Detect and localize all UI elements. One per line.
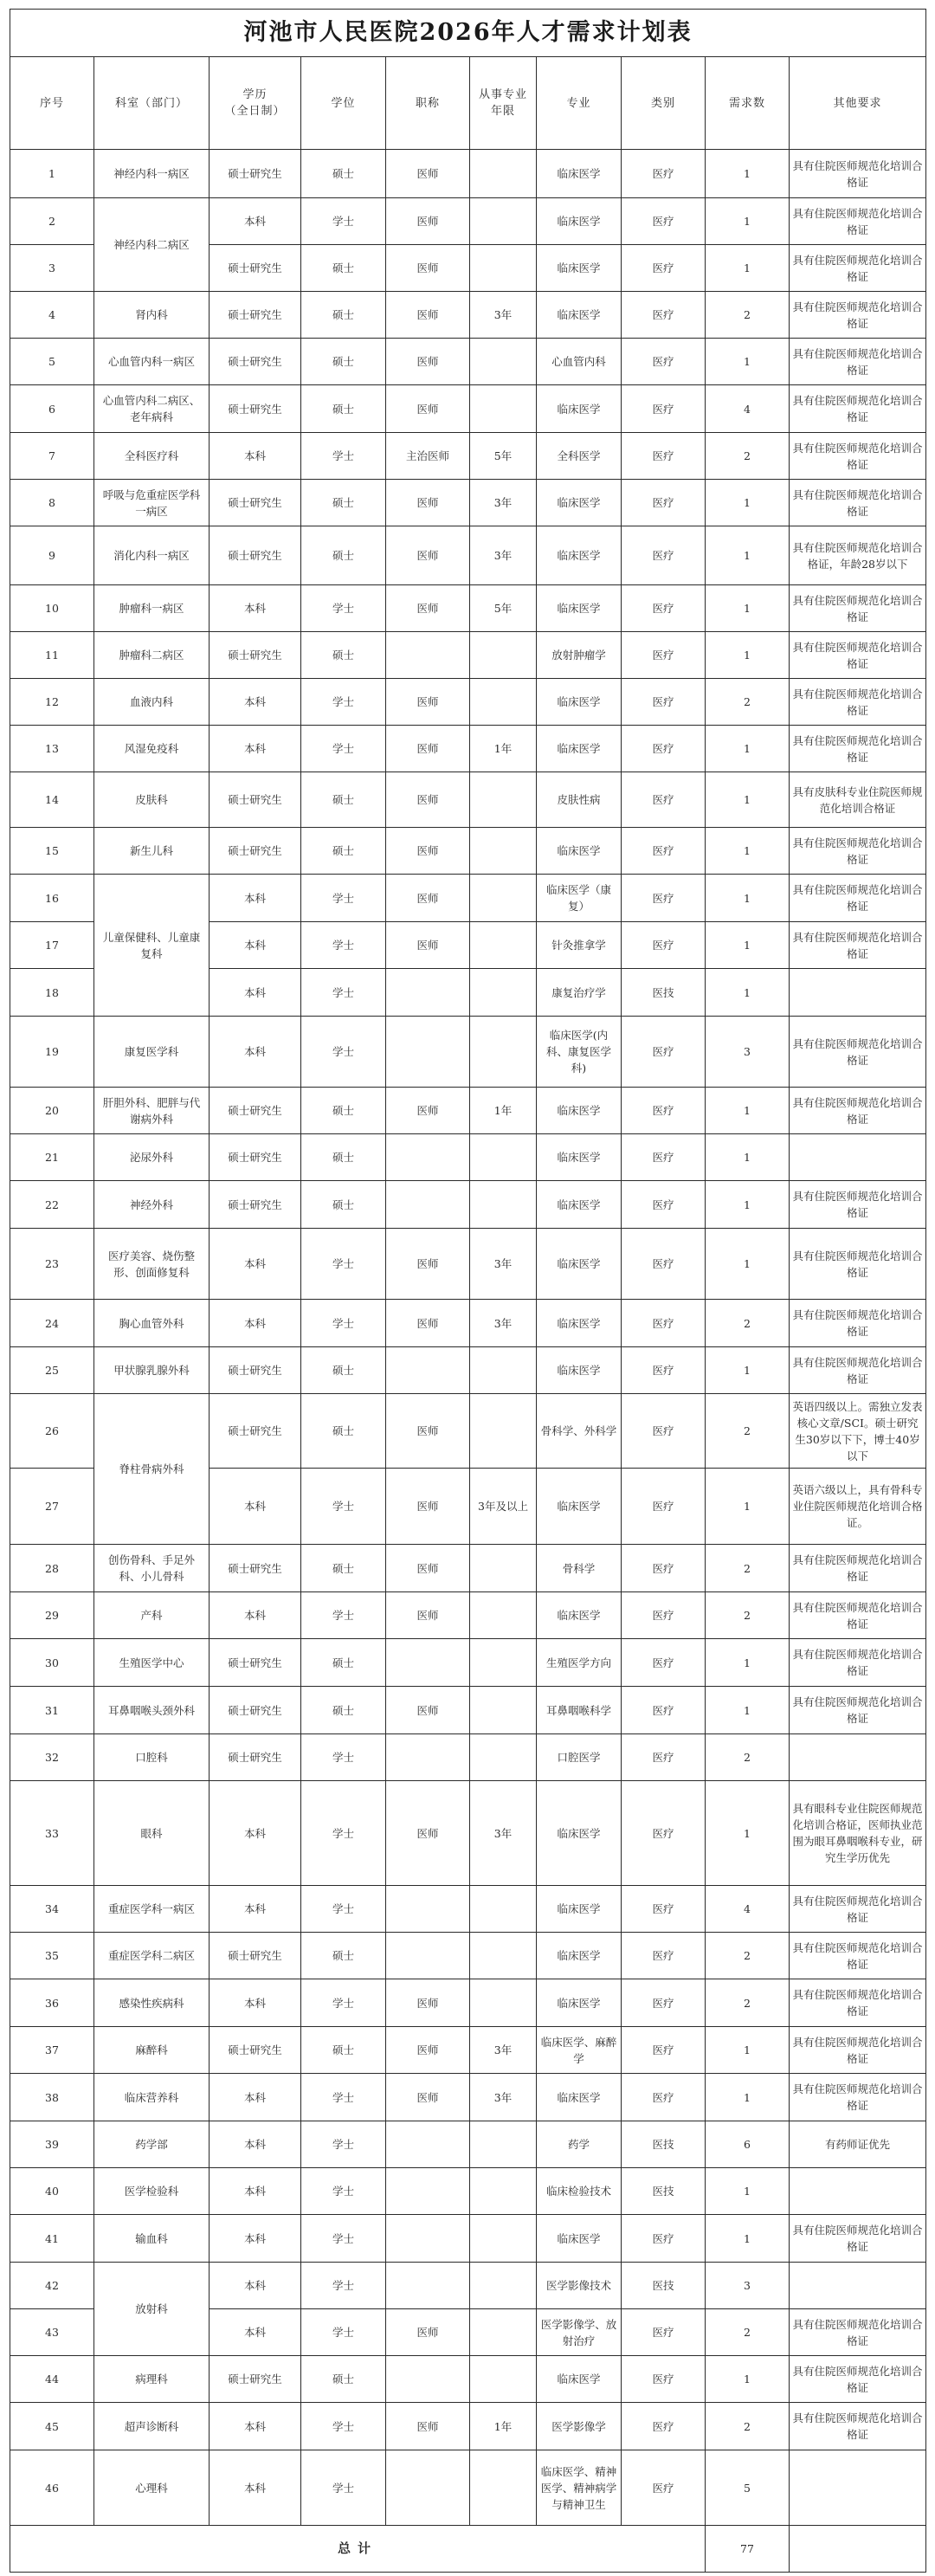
cell-professional-title: 医师 <box>386 1394 470 1469</box>
table-row: 34重症医学科一病区本科学士临床医学医疗4具有住院医师规范化培训合格证 <box>10 1886 926 1933</box>
cell-other-requirements <box>790 2450 926 2526</box>
cell-other-requirements: 具有住院医师规范化培训合格证 <box>790 632 926 679</box>
cell-demand-count: 6 <box>706 2121 790 2168</box>
cell-row-number: 33 <box>10 1781 94 1886</box>
cell-years-experience <box>470 1017 537 1088</box>
cell-demand-count: 2 <box>706 1592 790 1639</box>
cell-major: 临床医学 <box>537 526 622 585</box>
cell-other-requirements: 具有住院医师规范化培训合格证 <box>790 2074 926 2121</box>
table-row: 7全科医疗科本科学士主治医师5年全科医学医疗2具有住院医师规范化培训合格证 <box>10 433 926 480</box>
cell-other-requirements: 有药师证优先 <box>790 2121 926 2168</box>
cell-degree: 学士 <box>301 198 386 245</box>
cell-other-requirements: 具有住院医师规范化培训合格证 <box>790 1347 926 1394</box>
header-degree: 学位 <box>301 57 386 150</box>
cell-row-number: 14 <box>10 772 94 828</box>
cell-major: 临床医学 <box>537 828 622 875</box>
cell-row-number: 7 <box>10 433 94 480</box>
cell-degree: 学士 <box>301 2168 386 2215</box>
table-row: 10肿瘤科一病区本科学士医师5年临床医学医疗1具有住院医师规范化培训合格证 <box>10 585 926 632</box>
cell-years-experience <box>470 2121 537 2168</box>
cell-professional-title: 医师 <box>386 875 470 922</box>
cell-row-number: 43 <box>10 2309 94 2356</box>
cell-major: 临床检验技术 <box>537 2168 622 2215</box>
cell-years-experience: 3年 <box>470 1781 537 1886</box>
cell-category: 医疗 <box>622 1134 706 1181</box>
cell-demand-count: 2 <box>706 1734 790 1781</box>
cell-row-number: 1 <box>10 150 94 198</box>
cell-other-requirements <box>790 1134 926 1181</box>
cell-years-experience: 5年 <box>470 585 537 632</box>
cell-category: 医疗 <box>622 679 706 726</box>
cell-years-experience <box>470 679 537 726</box>
cell-other-requirements: 具有住院医师规范化培训合格证 <box>790 245 926 292</box>
cell-years-experience <box>470 2263 537 2309</box>
cell-demand-count: 3 <box>706 2263 790 2309</box>
cell-demand-count: 1 <box>706 2168 790 2215</box>
cell-other-requirements: 具有住院医师规范化培训合格证 <box>790 1545 926 1592</box>
cell-other-requirements: 具有住院医师规范化培训合格证 <box>790 1017 926 1088</box>
cell-years-experience <box>470 1347 537 1394</box>
cell-education: 硕士研究生 <box>210 1687 301 1734</box>
cell-department: 儿童保健科、儿童康复科 <box>94 875 210 1017</box>
cell-category: 医疗 <box>622 1088 706 1134</box>
cell-department: 临床营养科 <box>94 2074 210 2121</box>
cell-demand-count: 1 <box>706 245 790 292</box>
cell-department: 产科 <box>94 1592 210 1639</box>
cell-demand-count: 2 <box>706 1300 790 1347</box>
cell-degree: 硕士 <box>301 2027 386 2074</box>
cell-category: 医疗 <box>622 1469 706 1545</box>
cell-other-requirements <box>790 2168 926 2215</box>
cell-professional-title: 医师 <box>386 1781 470 1886</box>
header-no: 序号 <box>10 57 94 150</box>
cell-major: 临床医学 <box>537 1592 622 1639</box>
cell-other-requirements: 具有住院医师规范化培训合格证 <box>790 150 926 198</box>
cell-row-number: 37 <box>10 2027 94 2074</box>
cell-department: 医疗美容、烧伤整形、创面修复科 <box>94 1229 210 1300</box>
cell-education: 本科 <box>210 198 301 245</box>
cell-professional-title: 医师 <box>386 1088 470 1134</box>
table-row: 19康复医学科本科学士临床医学(内科、康复医学科)医疗3具有住院医师规范化培训合… <box>10 1017 926 1088</box>
cell-degree: 学士 <box>301 1229 386 1300</box>
table-row: 31耳鼻咽喉头颈外科硕士研究生硕士医师耳鼻咽喉科学医疗1具有住院医师规范化培训合… <box>10 1687 926 1734</box>
cell-degree: 硕士 <box>301 245 386 292</box>
cell-professional-title: 医师 <box>386 679 470 726</box>
cell-degree: 学士 <box>301 922 386 969</box>
cell-major: 临床医学 <box>537 1979 622 2027</box>
header-count: 需求数 <box>706 57 790 150</box>
table-row: 16儿童保健科、儿童康复科本科学士医师临床医学（康复）医疗1具有住院医师规范化培… <box>10 875 926 922</box>
cell-category: 医疗 <box>622 526 706 585</box>
header-department: 科室（部门） <box>94 57 210 150</box>
cell-department: 创伤骨科、手足外科、小儿骨科 <box>94 1545 210 1592</box>
cell-row-number: 3 <box>10 245 94 292</box>
cell-demand-count: 1 <box>706 1134 790 1181</box>
cell-degree: 学士 <box>301 2309 386 2356</box>
cell-degree: 硕士 <box>301 1134 386 1181</box>
cell-degree: 学士 <box>301 433 386 480</box>
cell-row-number: 40 <box>10 2168 94 2215</box>
cell-major: 临床医学 <box>537 726 622 772</box>
cell-years-experience <box>470 1687 537 1734</box>
cell-professional-title <box>386 1017 470 1088</box>
cell-major: 临床医学 <box>537 150 622 198</box>
cell-major: 临床医学 <box>537 1781 622 1886</box>
cell-other-requirements: 具有住院医师规范化培训合格证 <box>790 292 926 339</box>
table-row: 2神经内科二病区本科学士医师临床医学医疗1具有住院医师规范化培训合格证 <box>10 198 926 245</box>
cell-department: 全科医疗科 <box>94 433 210 480</box>
table-row: 28创伤骨科、手足外科、小儿骨科硕士研究生硕士医师骨科学医疗2具有住院医师规范化… <box>10 1545 926 1592</box>
cell-degree: 学士 <box>301 1734 386 1781</box>
table-row: 35重症医学科二病区硕士研究生硕士临床医学医疗2具有住院医师规范化培训合格证 <box>10 1933 926 1979</box>
table-row: 42放射科本科学士医学影像技术医技3 <box>10 2263 926 2309</box>
cell-degree: 学士 <box>301 1886 386 1933</box>
cell-education: 硕士研究生 <box>210 480 301 526</box>
table-row: 9消化内科一病区硕士研究生硕士医师3年临床医学医疗1具有住院医师规范化培训合格证… <box>10 526 926 585</box>
cell-education: 硕士研究生 <box>210 339 301 385</box>
table-title: 河池市人民医院2026年人才需求计划表 <box>10 10 926 57</box>
cell-row-number: 10 <box>10 585 94 632</box>
cell-years-experience: 3年 <box>470 2027 537 2074</box>
cell-major: 临床医学、精神医学、精神病学与精神卫生 <box>537 2450 622 2526</box>
cell-department: 胸心血管外科 <box>94 1300 210 1347</box>
cell-professional-title <box>386 1639 470 1687</box>
cell-demand-count: 1 <box>706 1181 790 1229</box>
cell-education: 本科 <box>210 2450 301 2526</box>
cell-other-requirements: 具有住院医师规范化培训合格证 <box>790 2403 926 2450</box>
cell-demand-count: 3 <box>706 1017 790 1088</box>
cell-other-requirements: 具有住院医师规范化培训合格证，年龄28岁以下 <box>790 526 926 585</box>
cell-major: 临床医学 <box>537 679 622 726</box>
cell-department: 病理科 <box>94 2356 210 2403</box>
cell-demand-count: 2 <box>706 292 790 339</box>
cell-demand-count: 1 <box>706 526 790 585</box>
cell-demand-count: 1 <box>706 772 790 828</box>
cell-department: 重症医学科二病区 <box>94 1933 210 1979</box>
cell-department: 肿瘤科一病区 <box>94 585 210 632</box>
table-row: 41输血科本科学士临床医学医疗1具有住院医师规范化培训合格证 <box>10 2215 926 2263</box>
cell-demand-count: 4 <box>706 385 790 433</box>
cell-row-number: 36 <box>10 1979 94 2027</box>
cell-other-requirements: 具有住院医师规范化培训合格证 <box>790 585 926 632</box>
cell-degree: 学士 <box>301 679 386 726</box>
cell-department: 消化内科一病区 <box>94 526 210 585</box>
cell-education: 硕士研究生 <box>210 1933 301 1979</box>
cell-years-experience: 3年 <box>470 480 537 526</box>
cell-other-requirements: 具有住院医师规范化培训合格证 <box>790 726 926 772</box>
cell-years-experience <box>470 1545 537 1592</box>
cell-department: 口腔科 <box>94 1734 210 1781</box>
cell-demand-count: 1 <box>706 875 790 922</box>
cell-demand-count: 1 <box>706 1469 790 1545</box>
cell-degree: 硕士 <box>301 1181 386 1229</box>
cell-education: 本科 <box>210 1886 301 1933</box>
cell-demand-count: 1 <box>706 1347 790 1394</box>
cell-education: 硕士研究生 <box>210 1088 301 1134</box>
cell-demand-count: 1 <box>706 726 790 772</box>
cell-row-number: 13 <box>10 726 94 772</box>
cell-degree: 硕士 <box>301 1347 386 1394</box>
cell-major: 临床医学 <box>537 1134 622 1181</box>
cell-demand-count: 1 <box>706 339 790 385</box>
cell-professional-title: 主治医师 <box>386 433 470 480</box>
cell-years-experience: 3年 <box>470 1229 537 1300</box>
cell-category: 医疗 <box>622 2215 706 2263</box>
cell-major: 临床医学 <box>537 2356 622 2403</box>
cell-major: 临床医学、麻醉学 <box>537 2027 622 2074</box>
cell-category: 医疗 <box>622 1687 706 1734</box>
cell-row-number: 29 <box>10 1592 94 1639</box>
cell-row-number: 42 <box>10 2263 94 2309</box>
cell-major: 康复治疗学 <box>537 969 622 1017</box>
cell-department: 皮肤科 <box>94 772 210 828</box>
cell-major: 临床医学 <box>537 480 622 526</box>
cell-degree: 硕士 <box>301 1088 386 1134</box>
cell-education: 本科 <box>210 726 301 772</box>
cell-major: 放射肿瘤学 <box>537 632 622 679</box>
cell-education: 硕士研究生 <box>210 1181 301 1229</box>
cell-demand-count: 4 <box>706 1886 790 1933</box>
cell-demand-count: 1 <box>706 2215 790 2263</box>
cell-category: 医疗 <box>622 433 706 480</box>
cell-row-number: 30 <box>10 1639 94 1687</box>
cell-department: 心血管内科一病区 <box>94 339 210 385</box>
cell-department: 肾内科 <box>94 292 210 339</box>
cell-row-number: 9 <box>10 526 94 585</box>
cell-other-requirements: 具有住院医师规范化培训合格证 <box>790 1088 926 1134</box>
cell-demand-count: 1 <box>706 150 790 198</box>
cell-major: 临床医学 <box>537 1933 622 1979</box>
cell-years-experience <box>470 1592 537 1639</box>
cell-other-requirements: 具有住院医师规范化培训合格证 <box>790 828 926 875</box>
cell-category: 医疗 <box>622 1933 706 1979</box>
cell-years-experience <box>470 150 537 198</box>
cell-years-experience <box>470 385 537 433</box>
cell-department: 神经外科 <box>94 1181 210 1229</box>
cell-education: 硕士研究生 <box>210 1639 301 1687</box>
cell-other-requirements: 英语六级以上，具有骨科专业住院医师规范化培训合格证。 <box>790 1469 926 1545</box>
cell-education: 本科 <box>210 2074 301 2121</box>
cell-degree: 硕士 <box>301 2356 386 2403</box>
cell-major: 临床医学 <box>537 1088 622 1134</box>
cell-department: 甲状腺乳腺外科 <box>94 1347 210 1394</box>
cell-row-number: 5 <box>10 339 94 385</box>
cell-department: 肿瘤科二病区 <box>94 632 210 679</box>
table-row: 14皮肤科硕士研究生硕士医师皮肤性病医疗1具有皮肤科专业住院医师规范化培训合格证 <box>10 772 926 828</box>
cell-row-number: 31 <box>10 1687 94 1734</box>
cell-degree: 学士 <box>301 1017 386 1088</box>
cell-row-number: 26 <box>10 1394 94 1469</box>
cell-major: 医学影像学、放射治疗 <box>537 2309 622 2356</box>
cell-other-requirements: 具有住院医师规范化培训合格证 <box>790 1687 926 1734</box>
cell-professional-title: 医师 <box>386 1469 470 1545</box>
cell-other-requirements: 具有住院医师规范化培训合格证 <box>790 679 926 726</box>
cell-professional-title: 医师 <box>386 2074 470 2121</box>
cell-row-number: 41 <box>10 2215 94 2263</box>
cell-years-experience <box>470 339 537 385</box>
cell-demand-count: 1 <box>706 585 790 632</box>
cell-row-number: 32 <box>10 1734 94 1781</box>
cell-degree: 学士 <box>301 585 386 632</box>
cell-years-experience <box>470 1734 537 1781</box>
table-row: 23医疗美容、烧伤整形、创面修复科本科学士医师3年临床医学医疗1具有住院医师规范… <box>10 1229 926 1300</box>
table-row: 8呼吸与危重症医学科一病区硕士研究生硕士医师3年临床医学医疗1具有住院医师规范化… <box>10 480 926 526</box>
cell-professional-title <box>386 2121 470 2168</box>
table-row: 45超声诊断科本科学士医师1年医学影像学医疗2具有住院医师规范化培训合格证 <box>10 2403 926 2450</box>
cell-years-experience: 3年 <box>470 1300 537 1347</box>
cell-demand-count: 2 <box>706 1394 790 1469</box>
cell-department: 麻醉科 <box>94 2027 210 2074</box>
cell-other-requirements: 具有住院医师规范化培训合格证 <box>790 2027 926 2074</box>
cell-major: 针灸推拿学 <box>537 922 622 969</box>
cell-degree: 学士 <box>301 2450 386 2526</box>
cell-other-requirements: 具有皮肤科专业住院医师规范化培训合格证 <box>790 772 926 828</box>
cell-demand-count: 1 <box>706 922 790 969</box>
cell-row-number: 35 <box>10 1933 94 1979</box>
cell-category: 医疗 <box>622 875 706 922</box>
cell-department: 呼吸与危重症医学科一病区 <box>94 480 210 526</box>
cell-professional-title <box>386 1347 470 1394</box>
table-row: 5心血管内科一病区硕士研究生硕士医师心血管内科医疗1具有住院医师规范化培训合格证 <box>10 339 926 385</box>
cell-education: 本科 <box>210 585 301 632</box>
cell-other-requirements: 具有住院医师规范化培训合格证 <box>790 198 926 245</box>
cell-row-number: 17 <box>10 922 94 969</box>
cell-category: 医疗 <box>622 828 706 875</box>
cell-professional-title: 医师 <box>386 480 470 526</box>
cell-education: 本科 <box>210 433 301 480</box>
cell-years-experience: 5年 <box>470 433 537 480</box>
cell-department: 耳鼻咽喉头颈外科 <box>94 1687 210 1734</box>
table-row: 20肝胆外科、肥胖与代谢病外科硕士研究生硕士医师1年临床医学医疗1具有住院医师规… <box>10 1088 926 1134</box>
cell-major: 临床医学(内科、康复医学科) <box>537 1017 622 1088</box>
cell-professional-title <box>386 2168 470 2215</box>
cell-years-experience <box>470 875 537 922</box>
cell-professional-title: 医师 <box>386 2309 470 2356</box>
cell-years-experience <box>470 198 537 245</box>
cell-category: 医疗 <box>622 1300 706 1347</box>
cell-degree: 硕士 <box>301 1687 386 1734</box>
table-row: 6心血管内科二病区、老年病科硕士研究生硕士医师临床医学医疗4具有住院医师规范化培… <box>10 385 926 433</box>
cell-demand-count: 1 <box>706 1229 790 1300</box>
cell-category: 医技 <box>622 2121 706 2168</box>
cell-demand-count: 1 <box>706 2027 790 2074</box>
cell-professional-title: 医师 <box>386 1229 470 1300</box>
cell-department: 医学检验科 <box>94 2168 210 2215</box>
cell-department: 重症医学科一病区 <box>94 1886 210 1933</box>
cell-years-experience <box>470 245 537 292</box>
table-row: 30生殖医学中心硕士研究生硕士生殖医学方向医疗1具有住院医师规范化培训合格证 <box>10 1639 926 1687</box>
table-row: 12血液内科本科学士医师临床医学医疗2具有住院医师规范化培训合格证 <box>10 679 926 726</box>
cell-major: 临床医学 <box>537 1300 622 1347</box>
cell-category: 医疗 <box>622 339 706 385</box>
cell-years-experience <box>470 2168 537 2215</box>
cell-education: 硕士研究生 <box>210 2356 301 2403</box>
table-row: 13风湿免疫科本科学士医师1年临床医学医疗1具有住院医师规范化培训合格证 <box>10 726 926 772</box>
cell-row-number: 16 <box>10 875 94 922</box>
cell-major: 临床医学（康复） <box>537 875 622 922</box>
cell-row-number: 2 <box>10 198 94 245</box>
cell-professional-title <box>386 1886 470 1933</box>
cell-other-requirements: 具有住院医师规范化培训合格证 <box>790 385 926 433</box>
cell-years-experience <box>470 2309 537 2356</box>
cell-major: 临床医学 <box>537 1347 622 1394</box>
cell-category: 医疗 <box>622 198 706 245</box>
cell-years-experience <box>470 1979 537 2027</box>
cell-education: 硕士研究生 <box>210 526 301 585</box>
cell-education: 本科 <box>210 2309 301 2356</box>
cell-other-requirements: 具有住院医师规范化培训合格证 <box>790 339 926 385</box>
cell-other-requirements: 具有住院医师规范化培训合格证 <box>790 1933 926 1979</box>
cell-years-experience <box>470 828 537 875</box>
cell-category: 医疗 <box>622 1347 706 1394</box>
cell-professional-title: 医师 <box>386 150 470 198</box>
cell-other-requirements <box>790 2263 926 2309</box>
cell-education: 硕士研究生 <box>210 1545 301 1592</box>
cell-major: 药学 <box>537 2121 622 2168</box>
cell-row-number: 46 <box>10 2450 94 2526</box>
cell-category: 医疗 <box>622 1639 706 1687</box>
cell-category: 医疗 <box>622 922 706 969</box>
cell-education: 硕士研究生 <box>210 150 301 198</box>
cell-professional-title <box>386 1181 470 1229</box>
cell-degree: 学士 <box>301 1300 386 1347</box>
cell-demand-count: 2 <box>706 1545 790 1592</box>
cell-degree: 学士 <box>301 2215 386 2263</box>
table-row: 29产科本科学士医师临床医学医疗2具有住院医师规范化培训合格证 <box>10 1592 926 1639</box>
cell-major: 临床医学 <box>537 2215 622 2263</box>
cell-department: 感染性疾病科 <box>94 1979 210 2027</box>
cell-row-number: 27 <box>10 1469 94 1545</box>
cell-category: 医疗 <box>622 1545 706 1592</box>
cell-years-experience <box>470 969 537 1017</box>
table-row: 24胸心血管外科本科学士医师3年临床医学医疗2具有住院医师规范化培训合格证 <box>10 1300 926 1347</box>
cell-major: 临床医学 <box>537 1469 622 1545</box>
cell-education: 本科 <box>210 2121 301 2168</box>
cell-category: 医疗 <box>622 726 706 772</box>
cell-professional-title <box>386 1933 470 1979</box>
cell-degree: 学士 <box>301 1979 386 2027</box>
cell-department: 药学部 <box>94 2121 210 2168</box>
cell-row-number: 23 <box>10 1229 94 1300</box>
cell-other-requirements: 具有住院医师规范化培训合格证 <box>790 1886 926 1933</box>
cell-other-requirements: 具有眼科专业住院医师规范化培训合格证，医师执业范围为眼耳鼻咽喉科专业，研究生学历… <box>790 1781 926 1886</box>
cell-demand-count: 1 <box>706 828 790 875</box>
cell-category: 医疗 <box>622 632 706 679</box>
cell-education: 本科 <box>210 1592 301 1639</box>
cell-major: 临床医学 <box>537 245 622 292</box>
cell-professional-title: 医师 <box>386 1687 470 1734</box>
cell-years-experience <box>470 1639 537 1687</box>
total-row: 总计 77 <box>10 2526 926 2573</box>
cell-degree: 硕士 <box>301 1639 386 1687</box>
cell-education: 硕士研究生 <box>210 1347 301 1394</box>
cell-degree: 学士 <box>301 969 386 1017</box>
cell-other-requirements: 具有住院医师规范化培训合格证 <box>790 1181 926 1229</box>
cell-demand-count: 2 <box>706 679 790 726</box>
cell-education: 硕士研究生 <box>210 385 301 433</box>
cell-professional-title: 医师 <box>386 1592 470 1639</box>
cell-category: 医疗 <box>622 1181 706 1229</box>
cell-department: 血液内科 <box>94 679 210 726</box>
cell-department: 心理科 <box>94 2450 210 2526</box>
table-row: 22神经外科硕士研究生硕士临床医学医疗1具有住院医师规范化培训合格证 <box>10 1181 926 1229</box>
cell-category: 医疗 <box>622 245 706 292</box>
cell-category: 医疗 <box>622 1592 706 1639</box>
table-row: 44病理科硕士研究生硕士临床医学医疗1具有住院医师规范化培训合格证 <box>10 2356 926 2403</box>
cell-degree: 硕士 <box>301 339 386 385</box>
cell-professional-title <box>386 2215 470 2263</box>
table-row: 37麻醉科硕士研究生硕士医师3年临床医学、麻醉学医疗1具有住院医师规范化培训合格… <box>10 2027 926 2074</box>
